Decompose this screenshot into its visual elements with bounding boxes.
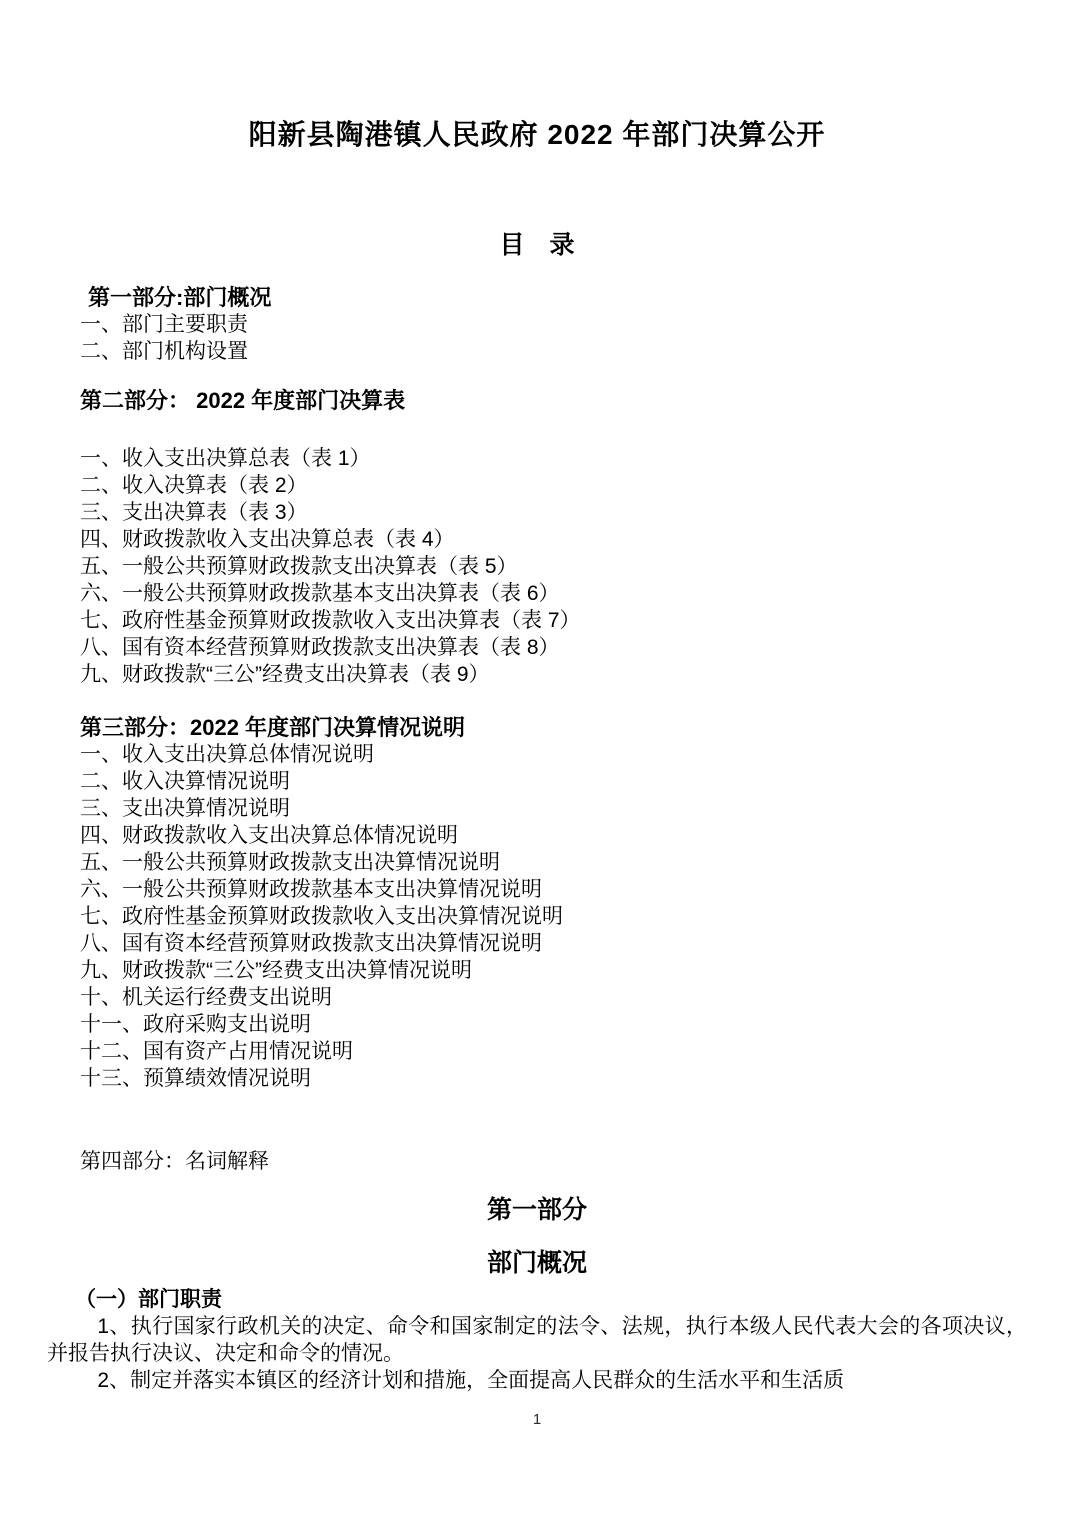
toc-item: 四、财政拨款收入支出决算总表（表 4）	[80, 526, 1027, 553]
toc-part2-items: 一、收入支出决算总表（表 1） 二、收入决算表（表 2） 三、支出决算表（表 3…	[80, 445, 1027, 688]
toc-item: 六、一般公共预算财政拨款基本支出决算情况说明	[80, 876, 1027, 903]
toc-item: 三、支出决算表（表 3）	[80, 499, 1027, 526]
toc-item: 十三、预算绩效情况说明	[80, 1065, 1027, 1092]
toc-item: 二、收入决算表（表 2）	[80, 472, 1027, 499]
table-of-contents: 第一部分:部门概况 一、部门主要职责 二、部门机构设置 第二部分： 2022 年…	[80, 284, 1027, 1175]
toc-part1-heading: 第一部分:部门概况	[80, 284, 1027, 311]
toc-item: 十二、国有资产占用情况说明	[80, 1038, 1027, 1065]
toc-heading: 目 录	[47, 230, 1027, 260]
toc-item: 三、支出决算情况说明	[80, 795, 1027, 822]
toc-item: 二、部门机构设置	[80, 338, 1027, 365]
toc-item: 十一、政府采购支出说明	[80, 1011, 1027, 1038]
toc-part2-heading: 第二部分： 2022 年度部门决算表	[80, 387, 1027, 414]
toc-item: 八、国有资本经营预算财政拨款支出决算表（表 8）	[80, 634, 1027, 661]
section-sub-heading: （一）部门职责	[47, 1286, 1027, 1313]
toc-item: 九、财政拨款“三公”经费支出决算表（表 9）	[80, 661, 1027, 688]
toc-item: 七、政府性基金预算财政拨款收入支出决算表（表 7）	[80, 607, 1027, 634]
document-title: 阳新县陶港镇人民政府 2022 年部门决算公开	[47, 118, 1027, 152]
part-one-section-title: 部门概况	[47, 1248, 1027, 1278]
toc-item: 七、政府性基金预算财政拨款收入支出决算情况说明	[80, 903, 1027, 930]
toc-item: 九、财政拨款“三公”经费支出决算情况说明	[80, 957, 1027, 984]
part-one-title: 第一部分	[47, 1195, 1027, 1225]
body-paragraph: 2、制定并落实本镇区的经济计划和措施，全面提高人民群众的生活水平和生活质	[47, 1367, 1027, 1394]
toc-item: 一、部门主要职责	[80, 311, 1027, 338]
toc-item: 一、收入支出决算总表（表 1）	[80, 445, 1027, 472]
toc-item: 六、一般公共预算财政拨款基本支出决算表（表 6）	[80, 580, 1027, 607]
toc-item: 四、财政拨款收入支出决算总体情况说明	[80, 822, 1027, 849]
toc-item: 五、一般公共预算财政拨款支出决算情况说明	[80, 849, 1027, 876]
body-paragraph: 1、执行国家行政机关的决定、命令和国家制定的法令、法规，执行本级人民代表大会的各…	[47, 1313, 1027, 1367]
toc-item: 八、国有资本经营预算财政拨款支出决算情况说明	[80, 930, 1027, 957]
document-page: 阳新县陶港镇人民政府 2022 年部门决算公开 目 录 第一部分:部门概况 一、…	[0, 0, 1074, 1520]
toc-item: 二、收入决算情况说明	[80, 768, 1027, 795]
toc-part3-heading: 第三部分：2022 年度部门决算情况说明	[80, 714, 1027, 741]
toc-part4-heading: 第四部分：名词解释	[80, 1148, 1027, 1175]
page-number: 1	[0, 1411, 1074, 1428]
toc-item: 一、收入支出决算总体情况说明	[80, 741, 1027, 768]
toc-item: 十、机关运行经费支出说明	[80, 984, 1027, 1011]
toc-item: 五、一般公共预算财政拨款支出决算表（表 5）	[80, 553, 1027, 580]
